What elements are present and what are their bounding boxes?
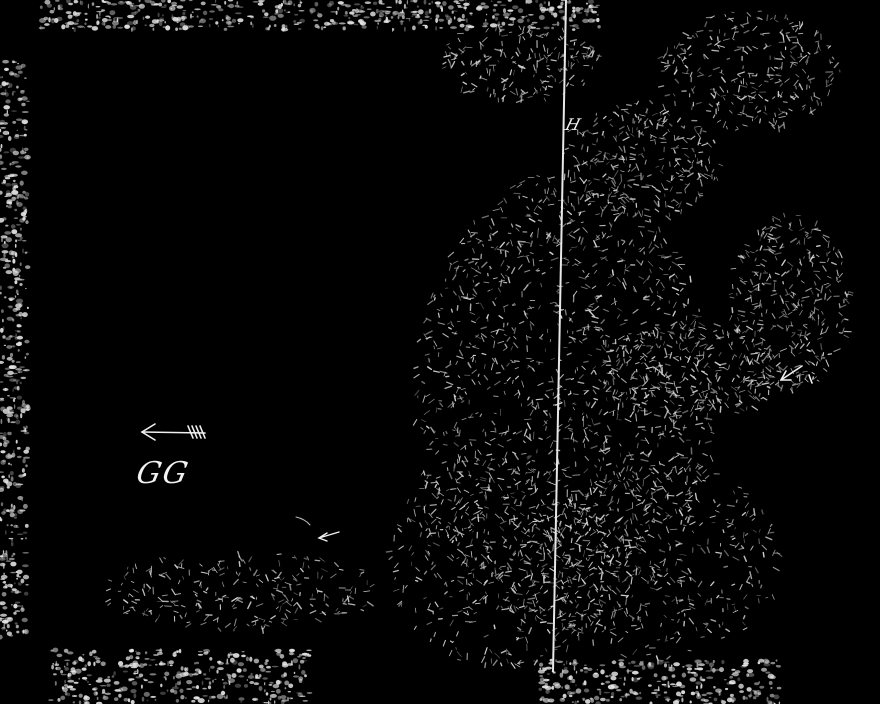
photographic-plate <box>0 0 880 704</box>
plate-background <box>0 0 880 704</box>
